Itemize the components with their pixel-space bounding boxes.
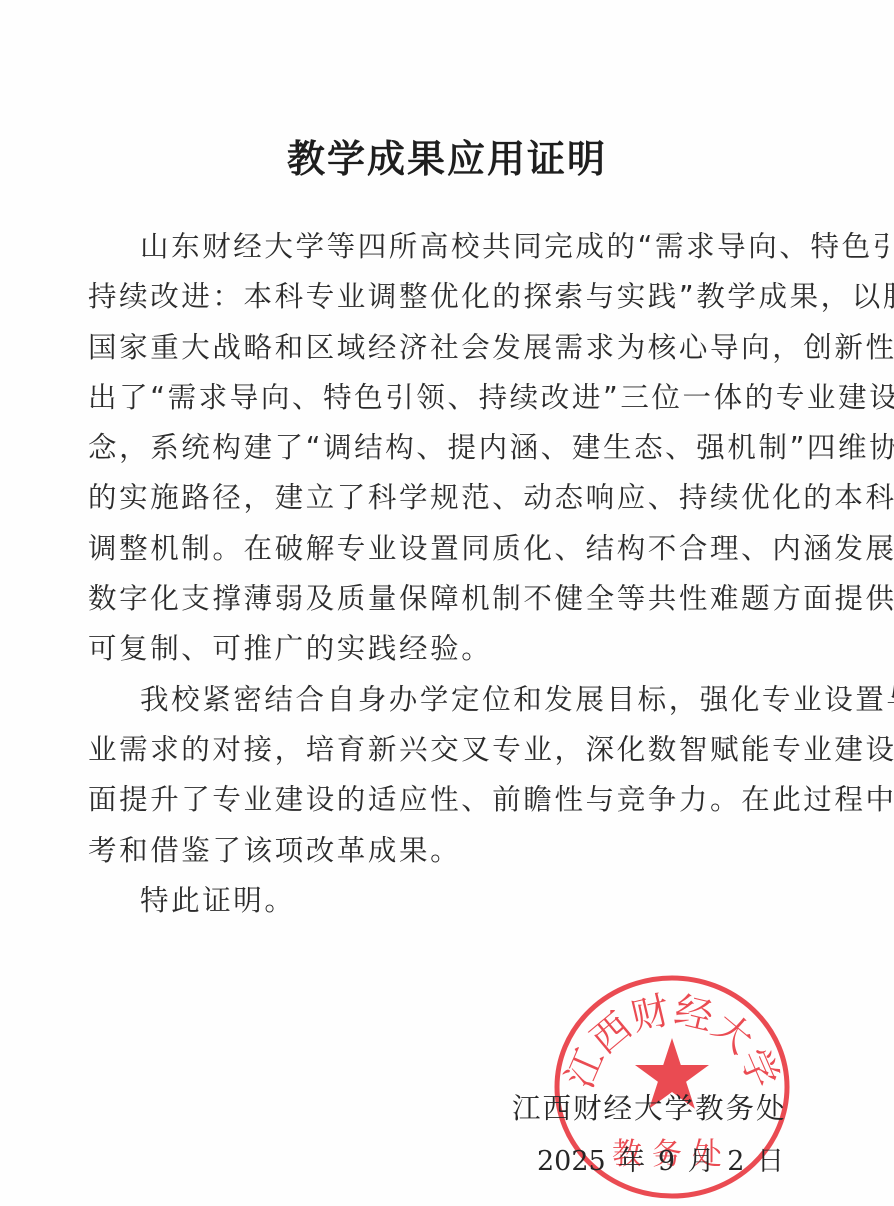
document-title: 教学成果应用证明 xyxy=(0,128,894,183)
paragraph-1-line-2: 持续改进：本科专业调整优化的探索与实践”教学成果，以服务 xyxy=(88,272,858,322)
paragraph-1-line-1: 山东财经大学等四所高校共同完成的“需求导向、特色引领、 xyxy=(88,222,858,272)
document-body: 山东财经大学等四所高校共同完成的“需求导向、特色引领、 持续改进：本科专业调整优… xyxy=(88,222,858,926)
paragraph-1-line-9: 可复制、可推广的实践经验。 xyxy=(88,624,858,674)
paragraph-1-line-5: 念，系统构建了“调结构、提内涵、建生态、强机制”四维协同 xyxy=(88,423,858,473)
paragraph-2-line-3: 面提升了专业建设的适应性、前瞻性与竞争力。在此过程中，参 xyxy=(88,775,858,825)
paragraph-1-line-7: 调整机制。在破解专业设置同质化、结构不合理、内涵发展不足、 xyxy=(88,524,858,574)
closing-statement: 特此证明。 xyxy=(88,876,858,926)
paragraph-2-line-2: 业需求的对接，培育新兴交叉专业，深化数智赋能专业建设，全 xyxy=(88,725,858,775)
paragraph-1-line-8: 数字化支撑薄弱及质量保障机制不健全等共性难题方面提供了 xyxy=(88,574,858,624)
document-page: 教学成果应用证明 山东财经大学等四所高校共同完成的“需求导向、特色引领、 持续改… xyxy=(0,0,894,1206)
paragraph-1-line-4: 出了“需求导向、特色引领、持续改进”三位一体的专业建设理 xyxy=(88,373,858,423)
paragraph-1-line-6: 的实施路径，建立了科学规范、动态响应、持续优化的本科专业 xyxy=(88,473,858,523)
signing-organization: 江西财经大学教务处 xyxy=(512,1086,787,1127)
paragraph-2-line-4: 考和借鉴了该项改革成果。 xyxy=(88,826,858,876)
signing-date: 2025 年 9 月 2 日 xyxy=(537,1139,784,1178)
paragraph-2-line-1: 我校紧密结合自身办学定位和发展目标，强化专业设置与产 xyxy=(88,675,858,725)
paragraph-1-line-3: 国家重大战略和区域经济社会发展需求为核心导向，创新性地提 xyxy=(88,323,858,373)
